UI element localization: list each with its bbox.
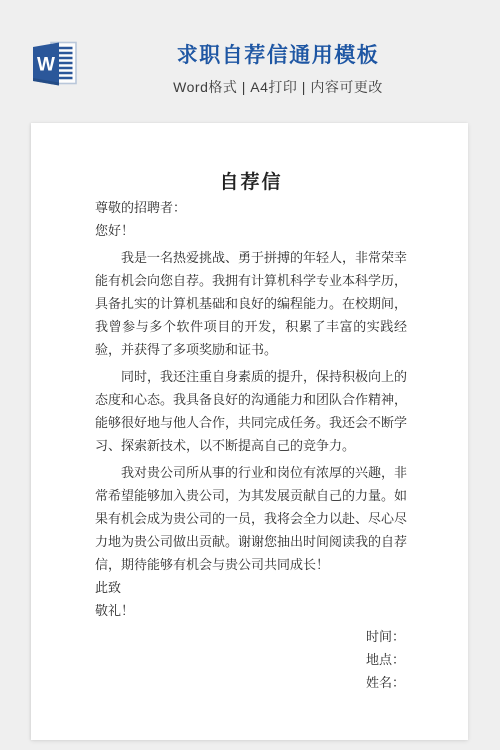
signature-block: 时间： 地点： 姓名： xyxy=(95,625,407,694)
word-icon: W xyxy=(30,39,79,89)
letter-paragraph: 我是一名热爱挑战、勇于拼搏的年轻人，非常荣幸能有机会向您自荐。我拥有计算机科学专… xyxy=(95,246,407,361)
letter-paragraph: 我对贵公司所从事的行业和岗位有浓厚的兴趣，非常希望能够加入贵公司，为其发展贡献自… xyxy=(95,461,407,576)
template-preview-page: W 求职自荐信通用模板 Word格式 | A4打印 | 内容可更改 自荐信 尊敬… xyxy=(0,0,500,750)
signature-name-label: 姓名： xyxy=(95,671,405,694)
header: W 求职自荐信通用模板 Word格式 | A4打印 | 内容可更改 xyxy=(0,0,500,97)
letter-greeting: 您好！ xyxy=(95,219,407,242)
letter-paragraph: 同时，我还注重自身素质的提升，保持积极向上的态度和心态。我具备良好的沟通能力和团… xyxy=(95,365,407,457)
letter-closing-jingli: 敬礼！ xyxy=(95,599,407,622)
letter-closing-cizhi: 此致 xyxy=(95,576,407,599)
letter-salutation: 尊敬的招聘者： xyxy=(95,196,407,219)
signature-place-label: 地点： xyxy=(95,648,405,671)
word-icon-letter: W xyxy=(37,55,55,76)
letter-title: 自荐信 xyxy=(95,170,407,196)
document-page: 自荐信 尊敬的招聘者： 您好！ 我是一名热爱挑战、勇于拼搏的年轻人，非常荣幸能有… xyxy=(31,123,468,740)
signature-time-label: 时间： xyxy=(95,625,405,648)
